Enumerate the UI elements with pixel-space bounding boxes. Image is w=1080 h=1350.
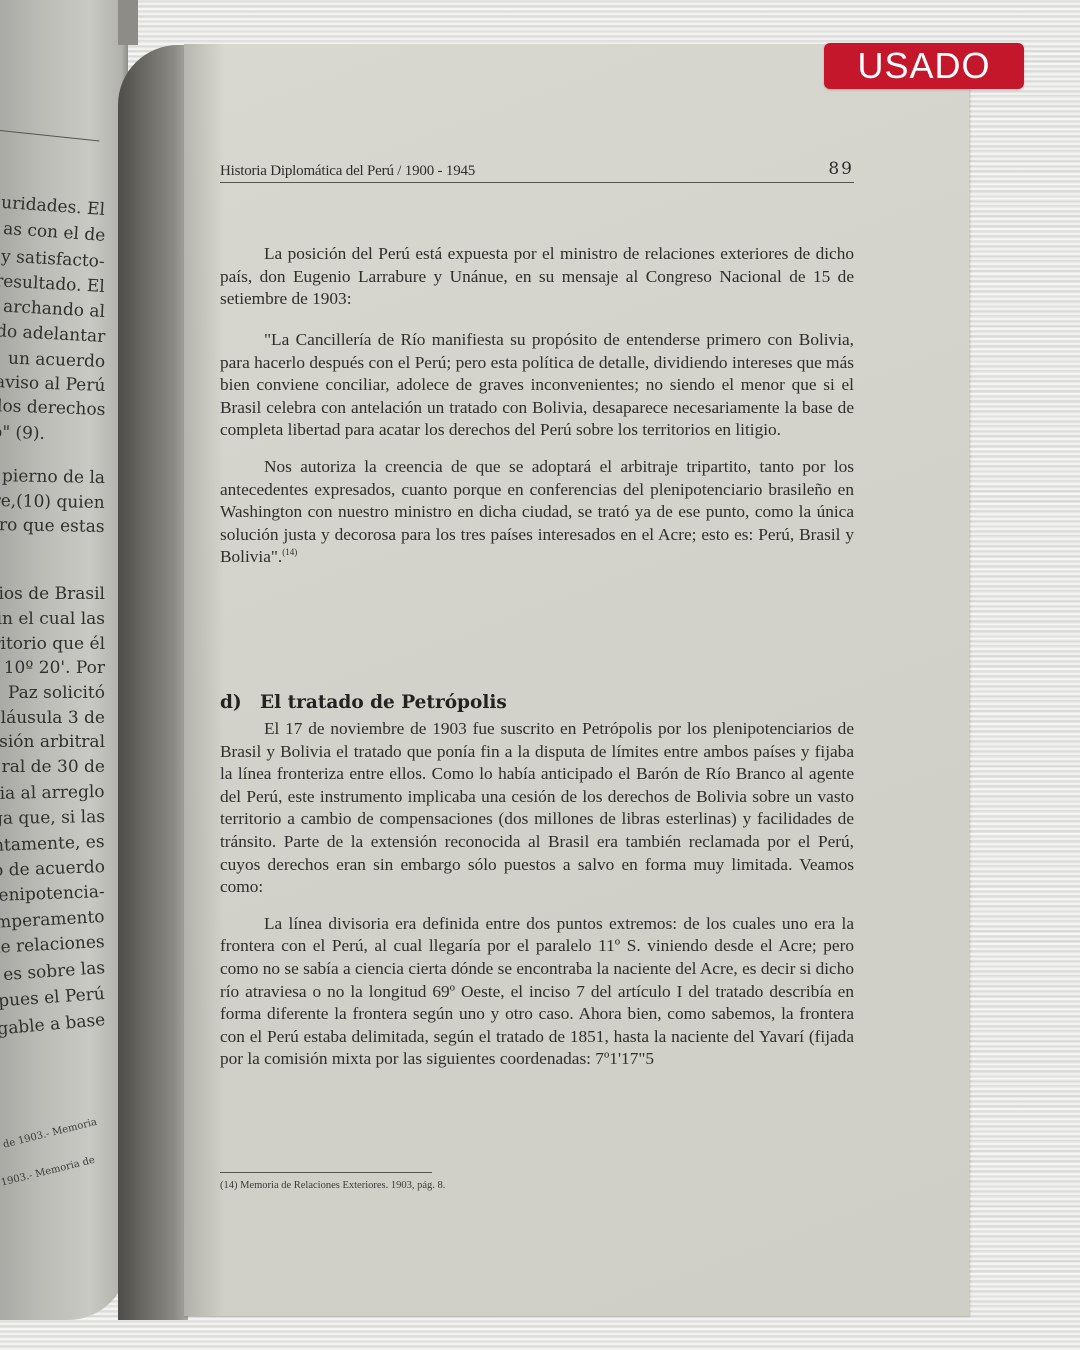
left-line: mperamento (0, 907, 106, 933)
left-line: le relaciones (0, 932, 106, 958)
section-heading: d)El tratado de Petrópolis (220, 692, 507, 713)
paragraph: La línea divisoria era definida entre do… (220, 913, 854, 1071)
left-line: gable a base (0, 1010, 106, 1039)
left-footnote: de 1903.- Memoria (2, 1117, 98, 1151)
left-footnote: 1903.- Memoria de (0, 1155, 96, 1189)
left-line: los derechos (0, 396, 105, 420)
paragraph: La posición del Perú está expuesta por e… (220, 243, 854, 311)
left-line: do adelantar (0, 321, 106, 347)
left-line: y satisfacto- (1, 247, 106, 272)
running-title: Historia Diplomática del Perú / 1900 - 1… (220, 163, 475, 180)
left-line: cláusula 3 de (0, 708, 105, 728)
left-line: ios de Brasil (0, 584, 105, 604)
left-line: ga que, si las (0, 807, 105, 829)
left-line: o" (9). (0, 422, 45, 444)
left-line: ral de 30 de (2, 757, 105, 777)
paragraph: El 17 de noviembre de 1903 fue suscrito … (220, 718, 854, 899)
quote-text: Nos autoriza la creencia de que se adopt… (220, 457, 854, 566)
spine-shadow (118, 0, 138, 45)
left-line: Paz solicitó (8, 683, 105, 703)
left-line: as con el de (2, 219, 105, 246)
page-number: 89 (828, 159, 854, 179)
left-line: uridades. El (1, 193, 106, 220)
left-line: o de acuerdo (0, 857, 105, 881)
footnote-ref: (14) (282, 548, 297, 558)
left-line: 10º 20'. Por (4, 658, 105, 678)
left-line: via al arreglo (0, 782, 105, 804)
book-page: Historia Diplomática del Perú / 1900 - 1… (184, 44, 969, 1316)
used-condition-badge: USADO (824, 43, 1024, 89)
left-header-rule (0, 130, 99, 141)
book-gutter (118, 45, 188, 1320)
block-quote: "La Cancillería de Río manifiesta su pro… (220, 329, 854, 569)
quote-paragraph: Nos autoriza la creencia de que se adopt… (220, 456, 854, 569)
left-line: ntamente, es (0, 832, 105, 856)
left-page: uridades. El as con el de y satisfacto- … (0, 0, 128, 1320)
quote-paragraph: "La Cancillería de Río manifiesta su pro… (220, 329, 854, 442)
left-line: archando al (3, 297, 106, 322)
left-line: pierno de la (2, 466, 105, 488)
left-line: lenipotencia- (0, 882, 105, 906)
left-line: pues el Perú (0, 984, 106, 1011)
left-line: aviso al Perú (0, 372, 105, 396)
running-head: Historia Diplomática del Perú / 1900 - 1… (220, 158, 854, 183)
left-line: ritorio que él (0, 634, 105, 654)
left-line: ro que estas (0, 515, 105, 537)
footnote-rule (220, 1172, 432, 1173)
left-line: un acuerdo (7, 349, 105, 372)
left-line: es sobre las (3, 958, 106, 985)
section-body: El 17 de noviembre de 1903 fue suscrito … (220, 718, 854, 1071)
footnote: (14) Memoria de Relaciones Exteriores. 1… (220, 1180, 445, 1191)
left-line: isión arbitral (0, 732, 105, 752)
section-letter: d) (220, 692, 260, 713)
section-title: El tratado de Petrópolis (260, 692, 507, 713)
paragraph-intro: La posición del Perú está expuesta por e… (220, 243, 854, 311)
left-line: cre,(10) quien (0, 491, 105, 513)
left-line: resultado. El (0, 271, 106, 297)
left-line: in el cual las (0, 609, 105, 629)
